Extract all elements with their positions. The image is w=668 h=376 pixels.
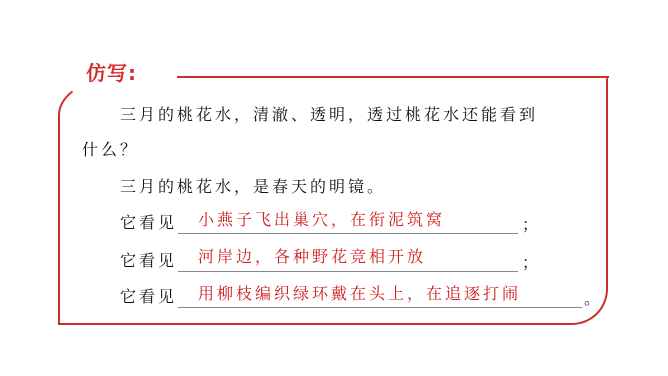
fill-in-prefix: 它看见: [120, 286, 177, 308]
prompt-line-1: 三月的桃花水，清澈、透明，透过桃花水还能看到: [120, 104, 538, 126]
end-punctuation: ；: [522, 214, 538, 236]
fill-in-prefix: 它看见: [120, 212, 177, 234]
end-punctuation: ；: [522, 252, 538, 274]
end-punctuation: 。: [584, 288, 600, 310]
prompt-line-3: 三月的桃花水，是春天的明镜。: [120, 176, 386, 198]
answer-text: 河岸边，各种野花竞相开放: [198, 246, 426, 268]
frame-top-border: [177, 76, 609, 78]
answer-text: 用柳枝编织绿环戴在头上，在追逐打闹: [198, 283, 521, 305]
answer-text: 小燕子飞出巢穴，在衔泥筑窝: [198, 209, 445, 231]
exercise-title: 仿写:: [86, 60, 143, 86]
prompt-line-2: 什么？: [82, 139, 139, 161]
fill-in-prefix: 它看见: [120, 250, 177, 272]
